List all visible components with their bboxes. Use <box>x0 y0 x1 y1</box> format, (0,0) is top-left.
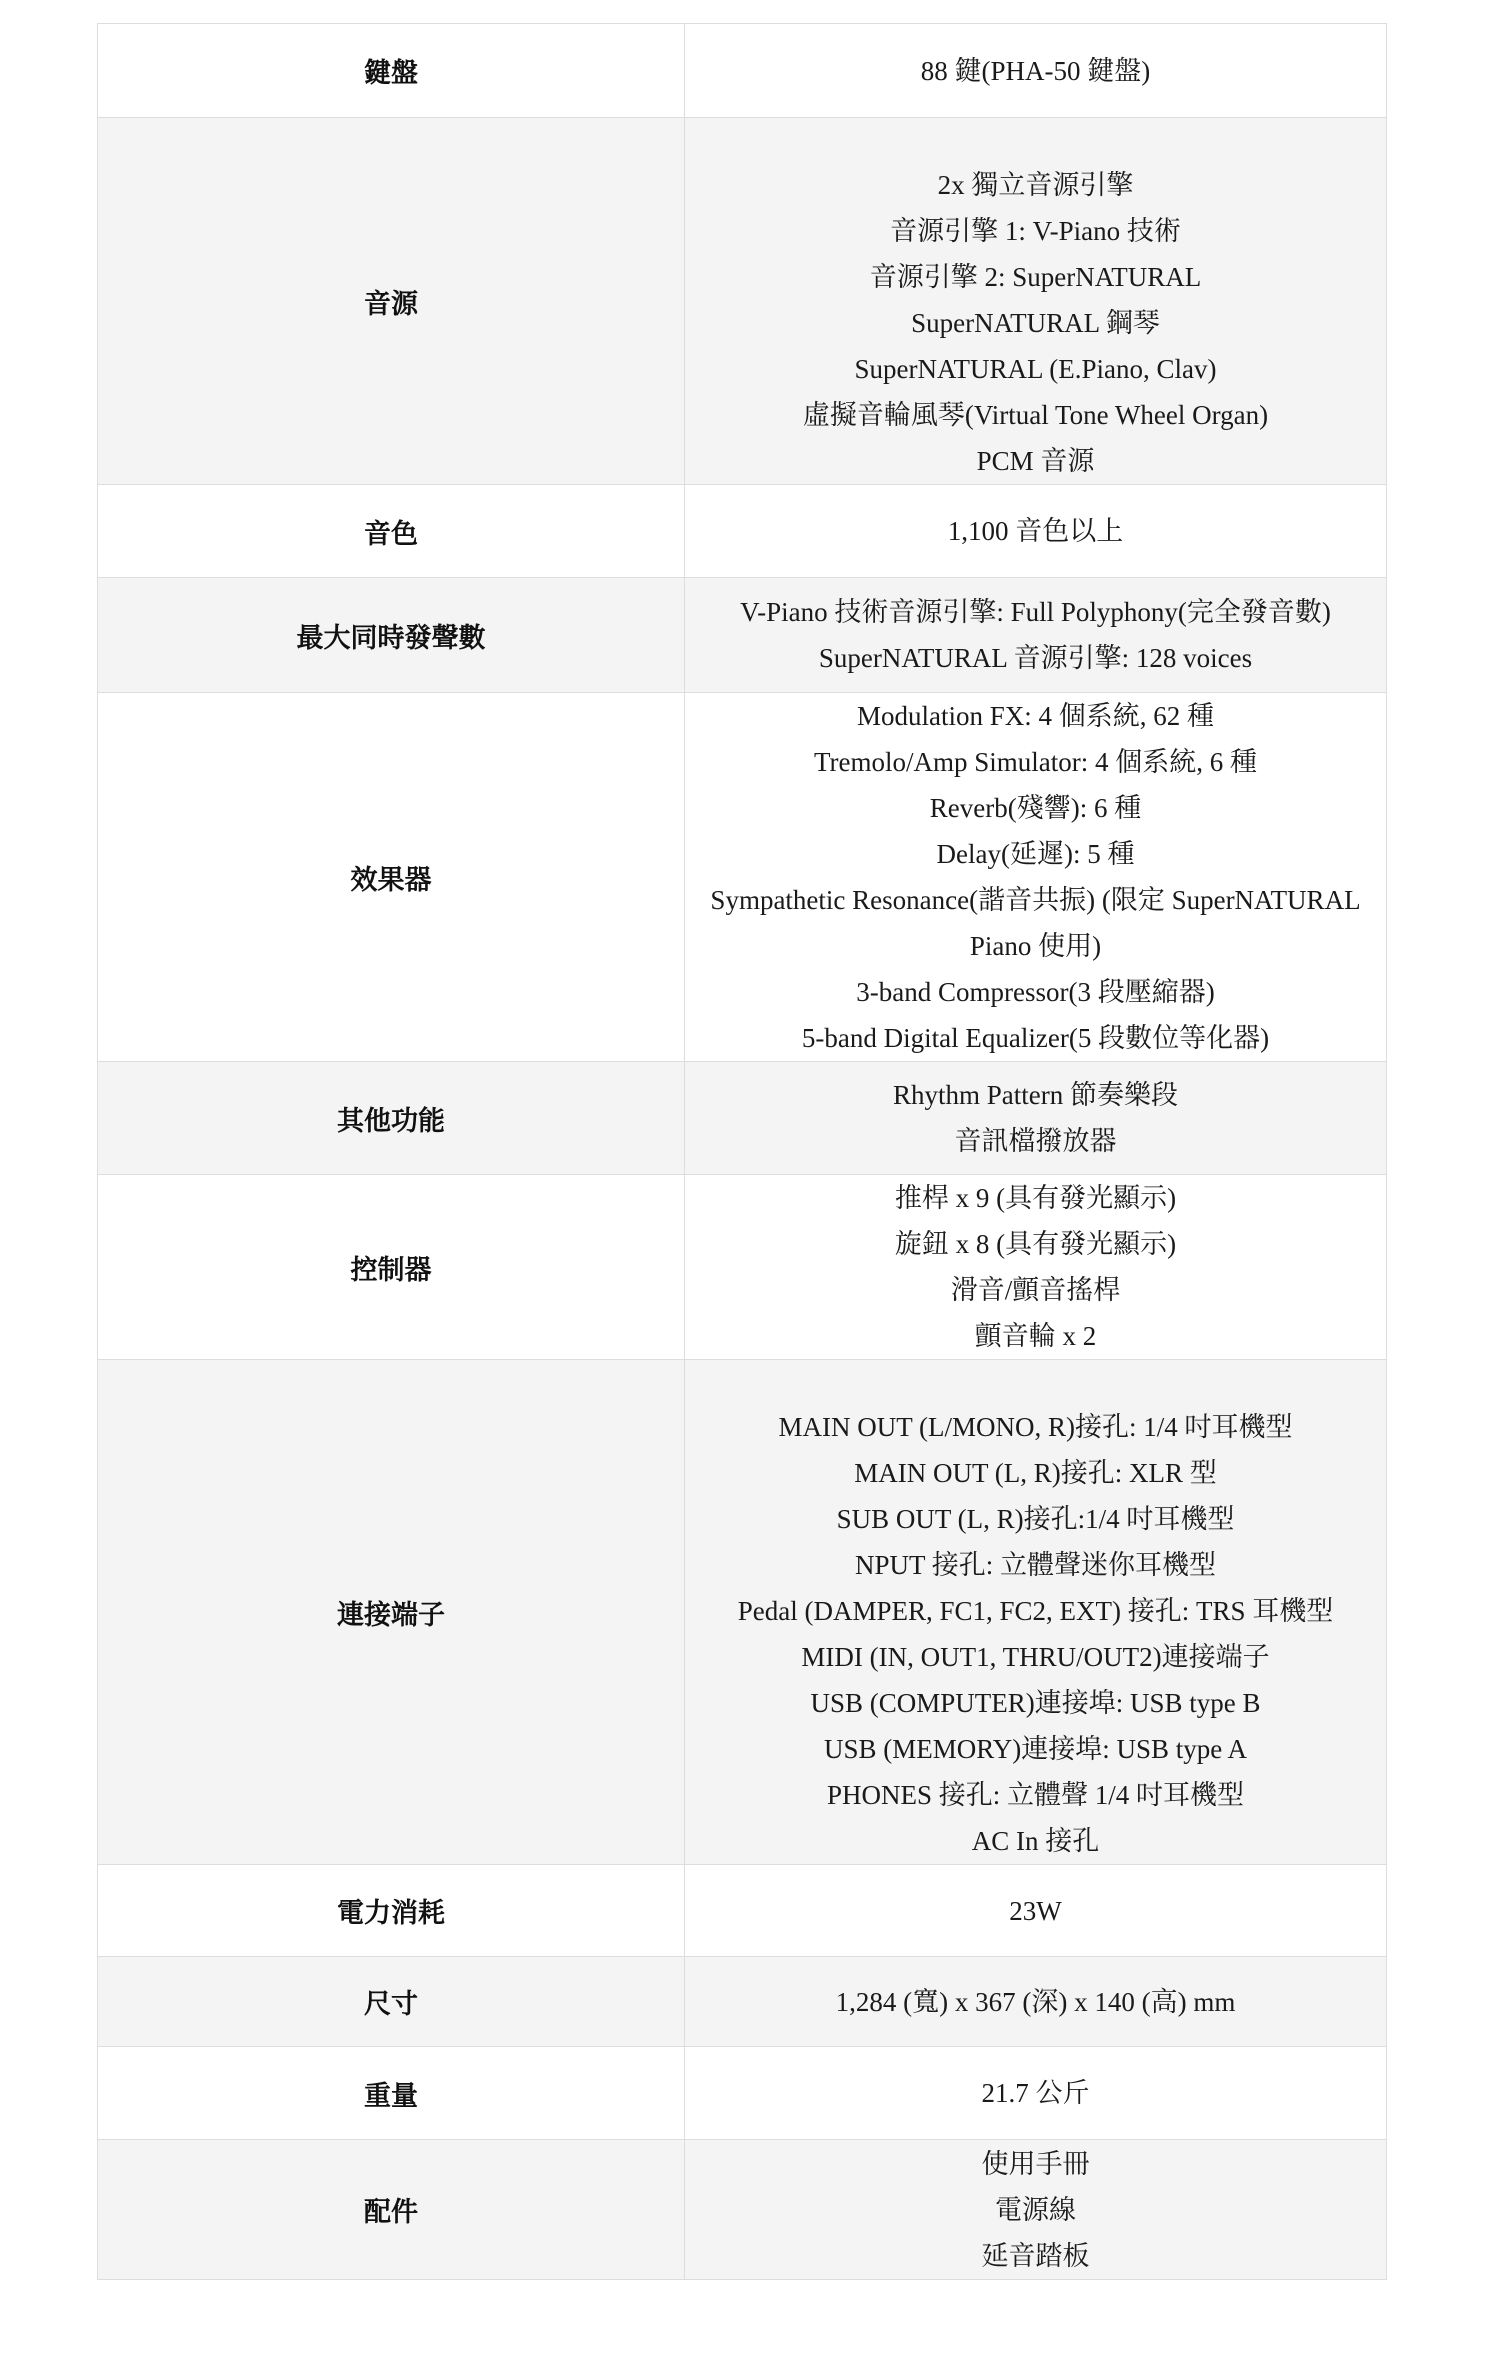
value-line: Sympathetic Resonance(諧音共振) (限定 SuperNAT… <box>685 877 1386 923</box>
row-value: 使用手冊 電源線 延音踏板 <box>685 2140 1387 2280</box>
value-line: Piano 使用) <box>685 923 1386 969</box>
value-line: AC In 接孔 <box>685 1818 1386 1864</box>
value-line: 音源引擎 2: SuperNATURAL <box>685 254 1386 300</box>
value-line: Reverb(殘響): 6 種 <box>685 785 1386 831</box>
table-row: 音色 1,100 音色以上 <box>98 485 1387 578</box>
spec-table: 鍵盤 88 鍵(PHA-50 鍵盤) 音源 2x 獨立音源引擎 音源引擎 1: … <box>97 23 1387 2280</box>
value-line: PCM 音源 <box>685 438 1386 484</box>
value-line: 2x 獨立音源引擎 <box>685 162 1386 208</box>
value-line: 旋鈕 x 8 (具有發光顯示) <box>685 1221 1386 1267</box>
value-line: MAIN OUT (L/MONO, R)接孔: 1/4 吋耳機型 <box>685 1404 1386 1450</box>
row-label: 電力消耗 <box>98 1865 685 1957</box>
row-label: 控制器 <box>98 1175 685 1360</box>
row-label: 重量 <box>98 2047 685 2140</box>
value-line: 23W <box>685 1888 1386 1934</box>
value-line: USB (COMPUTER)連接埠: USB type B <box>685 1680 1386 1726</box>
table-row: 音源 2x 獨立音源引擎 音源引擎 1: V-Piano 技術 音源引擎 2: … <box>98 118 1387 485</box>
value-line: MIDI (IN, OUT1, THRU/OUT2)連接端子 <box>685 1634 1386 1680</box>
value-line: 延音踏板 <box>685 2233 1386 2279</box>
value-line: 推桿 x 9 (具有發光顯示) <box>685 1175 1386 1221</box>
value-line: 滑音/顫音搖桿 <box>685 1267 1386 1313</box>
value-line: Rhythm Pattern 節奏樂段 <box>685 1072 1386 1118</box>
table-row: 鍵盤 88 鍵(PHA-50 鍵盤) <box>98 24 1387 118</box>
value-line: 電源線 <box>685 2187 1386 2233</box>
row-value: 推桿 x 9 (具有發光顯示) 旋鈕 x 8 (具有發光顯示) 滑音/顫音搖桿 … <box>685 1175 1387 1360</box>
row-label: 其他功能 <box>98 1062 685 1175</box>
value-line: 顫音輪 x 2 <box>685 1313 1386 1359</box>
row-value: MAIN OUT (L/MONO, R)接孔: 1/4 吋耳機型 MAIN OU… <box>685 1360 1387 1865</box>
row-value: V-Piano 技術音源引擎: Full Polyphony(完全發音數) Su… <box>685 578 1387 693</box>
table-row: 效果器 Modulation FX: 4 個系統, 62 種 Tremolo/A… <box>98 693 1387 1062</box>
row-label: 連接端子 <box>98 1360 685 1865</box>
table-row: 最大同時發聲數 V-Piano 技術音源引擎: Full Polyphony(完… <box>98 578 1387 693</box>
value-line: 5-band Digital Equalizer(5 段數位等化器) <box>685 1015 1386 1061</box>
value-line: 音訊檔撥放器 <box>685 1118 1386 1164</box>
table-row: 電力消耗 23W <box>98 1865 1387 1957</box>
table-row: 其他功能 Rhythm Pattern 節奏樂段 音訊檔撥放器 <box>98 1062 1387 1175</box>
value-line: 音源引擎 1: V-Piano 技術 <box>685 208 1386 254</box>
value-line: Pedal (DAMPER, FC1, FC2, EXT) 接孔: TRS 耳機… <box>685 1588 1386 1634</box>
value-line: 88 鍵(PHA-50 鍵盤) <box>685 48 1386 94</box>
value-line: SUB OUT (L, R)接孔:1/4 吋耳機型 <box>685 1496 1386 1542</box>
row-value: 23W <box>685 1865 1387 1957</box>
value-line: 虛擬音輪風琴(Virtual Tone Wheel Organ) <box>685 392 1386 438</box>
row-label: 音源 <box>98 118 685 485</box>
value-line: SuperNATURAL 鋼琴 <box>685 300 1386 346</box>
value-line: Delay(延遲): 5 種 <box>685 831 1386 877</box>
value-line: USB (MEMORY)連接埠: USB type A <box>685 1726 1386 1772</box>
value-line: 1,284 (寬) x 367 (深) x 140 (高) mm <box>685 1979 1386 2025</box>
row-label: 效果器 <box>98 693 685 1062</box>
table-row: 配件 使用手冊 電源線 延音踏板 <box>98 2140 1387 2280</box>
row-label: 音色 <box>98 485 685 578</box>
row-value: 1,284 (寬) x 367 (深) x 140 (高) mm <box>685 1957 1387 2047</box>
value-line: 21.7 公斤 <box>685 2070 1386 2116</box>
row-label: 最大同時發聲數 <box>98 578 685 693</box>
row-value: 21.7 公斤 <box>685 2047 1387 2140</box>
value-line: NPUT 接孔: 立體聲迷你耳機型 <box>685 1542 1386 1588</box>
value-line: PHONES 接孔: 立體聲 1/4 吋耳機型 <box>685 1772 1386 1818</box>
row-value: Modulation FX: 4 個系統, 62 種 Tremolo/Amp S… <box>685 693 1387 1062</box>
value-line: 使用手冊 <box>685 2141 1386 2187</box>
table-row: 尺寸 1,284 (寬) x 367 (深) x 140 (高) mm <box>98 1957 1387 2047</box>
table-row: 連接端子 MAIN OUT (L/MONO, R)接孔: 1/4 吋耳機型 MA… <box>98 1360 1387 1865</box>
value-line: SuperNATURAL 音源引擎: 128 voices <box>685 635 1386 681</box>
row-value: Rhythm Pattern 節奏樂段 音訊檔撥放器 <box>685 1062 1387 1175</box>
value-line: 3-band Compressor(3 段壓縮器) <box>685 969 1386 1015</box>
row-value: 88 鍵(PHA-50 鍵盤) <box>685 24 1387 118</box>
value-line: 1,100 音色以上 <box>685 508 1386 554</box>
value-line: MAIN OUT (L, R)接孔: XLR 型 <box>685 1450 1386 1496</box>
value-line: SuperNATURAL (E.Piano, Clav) <box>685 346 1386 392</box>
value-line: V-Piano 技術音源引擎: Full Polyphony(完全發音數) <box>685 589 1386 635</box>
table-row: 重量 21.7 公斤 <box>98 2047 1387 2140</box>
row-value: 2x 獨立音源引擎 音源引擎 1: V-Piano 技術 音源引擎 2: Sup… <box>685 118 1387 485</box>
value-line: Modulation FX: 4 個系統, 62 種 <box>685 693 1386 739</box>
value-line: Tremolo/Amp Simulator: 4 個系統, 6 種 <box>685 739 1386 785</box>
row-label: 配件 <box>98 2140 685 2280</box>
row-value: 1,100 音色以上 <box>685 485 1387 578</box>
row-label: 鍵盤 <box>98 24 685 118</box>
row-label: 尺寸 <box>98 1957 685 2047</box>
table-row: 控制器 推桿 x 9 (具有發光顯示) 旋鈕 x 8 (具有發光顯示) 滑音/顫… <box>98 1175 1387 1360</box>
